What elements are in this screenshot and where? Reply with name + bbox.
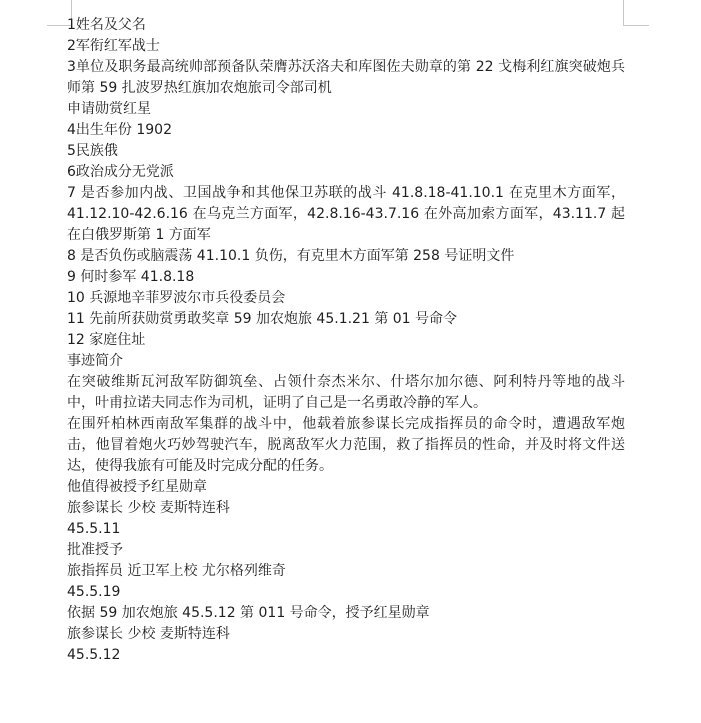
document-paragraph: 申请勋赏红星 <box>67 99 625 120</box>
document-paragraph: 10 兵源地辛菲罗波尔市兵役委员会 <box>67 288 625 309</box>
document-paragraph: 旅参谋长 少校 麦斯特连科 <box>67 624 625 645</box>
document-paragraph: 9 何时参军 41.8.18 <box>67 267 625 288</box>
document-paragraph: 12 家庭住址 <box>67 330 625 351</box>
document-paragraph: 1姓名及父名 <box>67 15 625 36</box>
document-paragraph: 4出生年份 1902 <box>67 120 625 141</box>
document-paragraph: 45.5.12 <box>67 645 625 666</box>
document-paragraph: 5民族俄 <box>67 141 625 162</box>
document-paragraph: 3单位及职务最高统帅部预备队荣膺苏沃洛夫和库图佐夫勋章的第 22 戈梅利红旗突破… <box>67 57 625 99</box>
document-paragraph: 45.5.11 <box>67 519 625 540</box>
document-paragraph: 依据 59 加农炮旅 45.5.12 第 011 号命令，授予红星勋章 <box>67 603 625 624</box>
document-paragraph: 批准授予 <box>67 540 625 561</box>
document-paragraph: 在突破维斯瓦河敌军防御筑垒、占领什奈杰米尔、什塔尔加尔德、阿利特丹等地的战斗中，… <box>67 372 625 414</box>
document-body: 1姓名及父名2军衔红军战士3单位及职务最高统帅部预备队荣膺苏沃洛夫和库图佐夫勋章… <box>67 15 625 666</box>
document-paragraph: 6政治成分无党派 <box>67 162 625 183</box>
text-boundary-crop-mark-top-right-horizontal <box>623 25 649 26</box>
document-paragraph: 旅参谋长 少校 麦斯特连科 <box>67 498 625 519</box>
document-paragraph: 11 先前所获勋赏勇敢奖章 59 加农炮旅 45.1.21 第 01 号命令 <box>67 309 625 330</box>
document-page: 1姓名及父名2军衔红军战士3单位及职务最高统帅部预备队荣膺苏沃洛夫和库图佐夫勋章… <box>0 0 701 723</box>
document-paragraph: 他值得被授予红星勋章 <box>67 477 625 498</box>
document-paragraph: 在围歼柏林西南敌军集群的战斗中，他载着旅参谋长完成指挥员的命令时，遭遇敌军炮击，… <box>67 414 625 477</box>
document-paragraph: 事迹简介 <box>67 351 625 372</box>
document-paragraph: 45.5.19 <box>67 582 625 603</box>
document-paragraph: 8 是否负伤或脑震荡 41.10.1 负伤，有克里木方面军第 258 号证明文件 <box>67 246 625 267</box>
document-paragraph: 2军衔红军战士 <box>67 36 625 57</box>
document-paragraph: 旅指挥员 近卫军上校 尤尔格列维奇 <box>67 561 625 582</box>
document-paragraph: 7 是否参加内战、卫国战争和其他保卫苏联的战斗 41.8.18-41.10.1 … <box>67 183 625 246</box>
